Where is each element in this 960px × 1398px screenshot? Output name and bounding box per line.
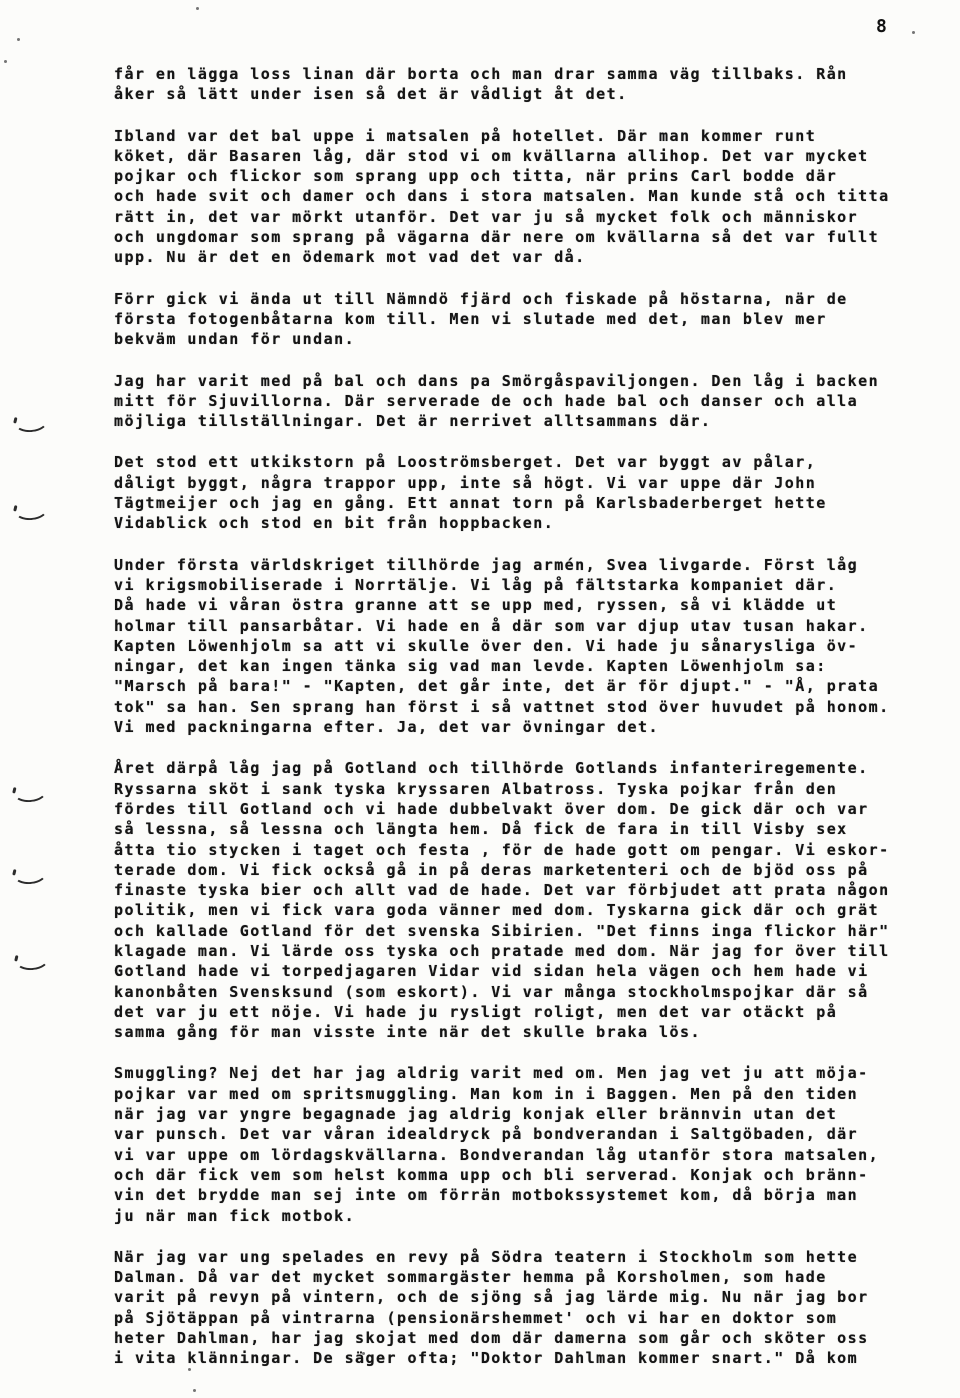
text-line: Kapten Löwenhjolm sa att vi skulle över … <box>114 636 914 656</box>
text-line: Ibland var det bal uppe i matsalen på ho… <box>114 126 914 146</box>
text-line: dåligt byggt, några trappor upp, inte så… <box>114 473 914 493</box>
scan-noise-speck <box>188 1368 191 1371</box>
text-line: Vi med packningarna efter. Ja, det var ö… <box>114 717 914 737</box>
handwritten-check-mark <box>14 948 50 972</box>
scan-noise-speck <box>4 60 7 63</box>
text-line: politik, men vi fick vara goda vänner me… <box>114 900 914 920</box>
text-line: samma gång för man visste inte när det s… <box>114 1022 914 1042</box>
handwritten-check-mark <box>13 498 49 522</box>
scan-noise-speck <box>362 1352 365 1355</box>
text-line: och kallade Gotland för det svenska Sibi… <box>114 921 914 941</box>
text-line: köket, där Basaren låg, där stod vi om k… <box>114 146 914 166</box>
document-page: 8 får en lägga loss linan där borta och … <box>0 0 960 1398</box>
text-line: kanonbåten Svensksund (som eskort). Vi v… <box>114 982 914 1002</box>
text-line: heter Dahlman, har jag skojat med dom dä… <box>114 1328 914 1348</box>
paragraph: Året därpå låg jag på Gotland och tillhö… <box>114 758 914 1042</box>
text-line: Året därpå låg jag på Gotland och tillhö… <box>114 758 914 778</box>
paragraph: Jag har varit med på bal och dans pa Smö… <box>114 371 914 432</box>
text-line: och där fick vem som helst komma upp och… <box>114 1165 914 1185</box>
text-line: rätt in, det var mörkt utanför. Det var … <box>114 207 914 227</box>
text-line: Jag har varit med på bal och dans pa Smö… <box>114 371 914 391</box>
text-line: Under första världskriget tillhörde jag … <box>114 555 914 575</box>
paragraph: Det stod ett utkikstorn på Looströmsberg… <box>114 452 914 533</box>
text-line: när jag var yngre begagnade jag aldrig k… <box>114 1104 914 1124</box>
handwritten-check-mark <box>12 780 48 804</box>
scan-noise-speck <box>193 1389 196 1392</box>
text-line: pojkar var med om spritsmuggling. Man ko… <box>114 1084 914 1104</box>
text-line: pojkar och flickor som sprang upp och ti… <box>114 166 914 186</box>
text-line: finaste tyska bier och allt vad de hade.… <box>114 880 914 900</box>
handwritten-check-mark <box>12 862 48 886</box>
text-line: Förr gick vi ända ut till Nämndö fjärd o… <box>114 289 914 309</box>
text-line: och hade svit och damer och dans i stora… <box>114 186 914 206</box>
text-line: vin det brydde man sej inte om förrän mo… <box>114 1185 914 1205</box>
text-line: Vidablick och stod en bit från hoppbacke… <box>114 513 914 533</box>
text-line: vi var uppe om lördagskvällarna. Bondver… <box>114 1145 914 1165</box>
paragraph: får en lägga loss linan där borta och ma… <box>114 64 914 105</box>
text-line: och ungdomar som sprang på vägarna där n… <box>114 227 914 247</box>
handwritten-check-mark <box>13 410 49 434</box>
text-line: i vita klänningar. De säger ofta; "Dokto… <box>114 1348 914 1368</box>
page-number: 8 <box>876 16 888 37</box>
text-line: var punsch. Det var våran idealdryck på … <box>114 1124 914 1144</box>
text-line: det var ju ett nöje. Vi hade ju rysligt … <box>114 1002 914 1022</box>
text-line: Det stod ett utkikstorn på Looströmsberg… <box>114 452 914 472</box>
text-line: När jag var ung spelades en revy på Södr… <box>114 1247 914 1267</box>
text-line: Smuggling? Nej det har jag aldrig varit … <box>114 1063 914 1083</box>
paragraph: När jag var ung spelades en revy på Södr… <box>114 1247 914 1369</box>
text-line: tok" sa han. Sen sprang han först i så v… <box>114 697 914 717</box>
text-line: första fotogenbåtarna kom till. Men vi s… <box>114 309 914 329</box>
paragraph: Förr gick vi ända ut till Nämndö fjärd o… <box>114 289 914 350</box>
text-line: får en lägga loss linan där borta och ma… <box>114 64 914 84</box>
text-line: så lessna, så lessna och längta hem. Då … <box>114 819 914 839</box>
text-line: möjliga tillställningar. Det är nerrivet… <box>114 411 914 431</box>
text-line: Dalman. Då var det mycket sommargäster h… <box>114 1267 914 1287</box>
text-line: Tägtmeijer och jag en gång. Ett annat to… <box>114 493 914 513</box>
paragraph: Ibland var det bal uppe i matsalen på ho… <box>114 126 914 268</box>
text-line: Gotland hade vi torpedjagaren Vidar vid … <box>114 961 914 981</box>
scan-noise-speck <box>17 38 20 41</box>
text-line: ningar, det kan ingen tänka sig vad man … <box>114 656 914 676</box>
document-body: får en lägga loss linan där borta och ma… <box>114 64 914 1390</box>
scan-noise-speck <box>912 31 915 34</box>
text-line: holmar till pansarbåtar. Vi hade en å dä… <box>114 616 914 636</box>
paragraph: Under första världskriget tillhörde jag … <box>114 555 914 738</box>
text-line: bekväm undan för undan. <box>114 329 914 349</box>
text-line: vi krigsmobiliserade i Norrtälje. Vi låg… <box>114 575 914 595</box>
text-line: åker så lätt under isen så det är vådlig… <box>114 84 914 104</box>
text-line: mitt för Sjuvillorna. Där serverade de o… <box>114 391 914 411</box>
text-line: på Sjötäppan på vintrarna (pensionärshem… <box>114 1308 914 1328</box>
text-line: "Marsch på bara!" - "Kapten, det går int… <box>114 676 914 696</box>
paragraph: Smuggling? Nej det har jag aldrig varit … <box>114 1063 914 1225</box>
scan-noise-speck <box>196 7 199 10</box>
text-line: Då hade vi våran östra granne att se upp… <box>114 595 914 615</box>
text-line: ju när man fick motbok. <box>114 1206 914 1226</box>
text-line: klagade man. Vi lärde oss tyska och prat… <box>114 941 914 961</box>
text-line: fördes till Gotland och vi hade dubbelva… <box>114 799 914 819</box>
text-line: Ryssarna sköt i sank tyska kryssaren Alb… <box>114 779 914 799</box>
text-line: upp. Nu är det en ödemark mot vad det va… <box>114 247 914 267</box>
text-line: åtta tio stycken i taget och festa , för… <box>114 840 914 860</box>
text-line: terade dom. Vi fick också gå in på deras… <box>114 860 914 880</box>
text-line: varit på revyn på vintern, och de sjöng … <box>114 1287 914 1307</box>
